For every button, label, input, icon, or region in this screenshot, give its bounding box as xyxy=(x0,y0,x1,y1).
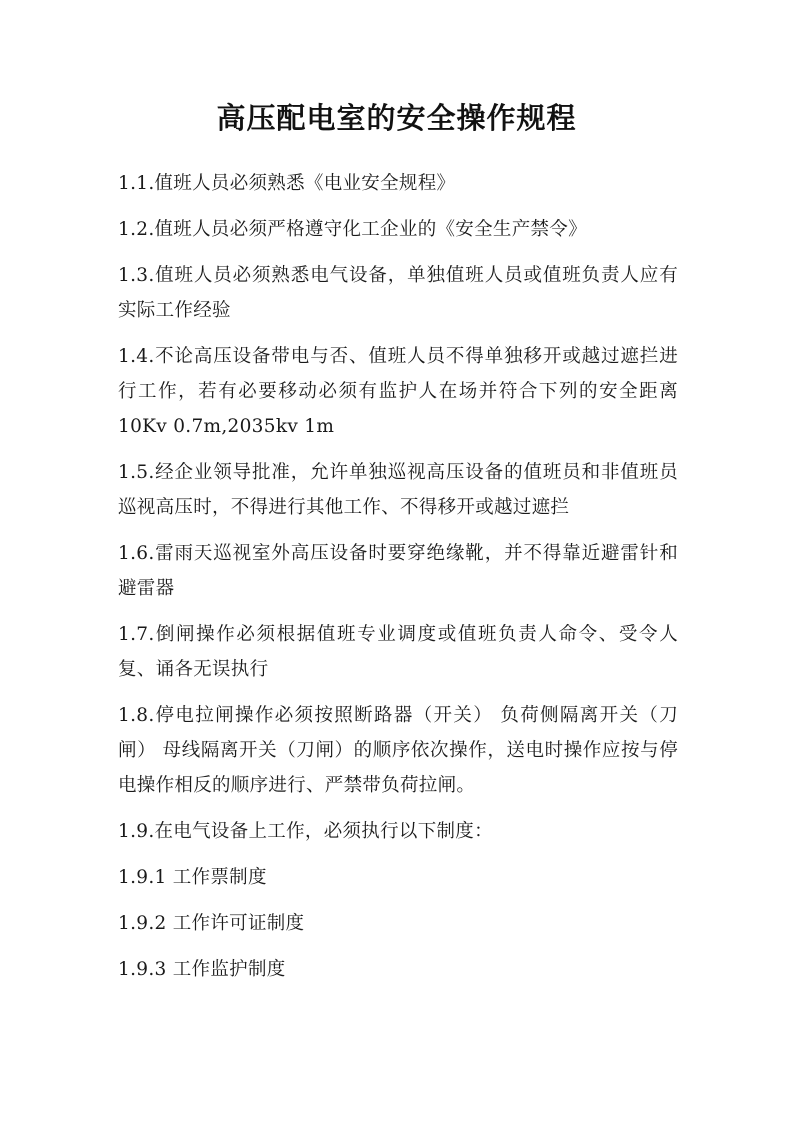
paragraph-1-9-2: 1.9.2 工作许可证制度 xyxy=(118,906,678,941)
paragraph-1-3: 1.3.值班人员必须熟悉电气设备，单独值班人员或值班负责人应有实际工作经验 xyxy=(118,258,678,328)
paragraph-1-1: 1.1.值班人员必须熟悉《电业安全规程》 xyxy=(118,166,678,201)
paragraph-1-9: 1.9.在电气设备上工作，必须执行以下制度： xyxy=(118,814,678,849)
paragraph-1-5: 1.5.经企业领导批准，允许单独巡视高压设备的值班员和非值班员巡视高压时，不得进… xyxy=(118,455,678,525)
paragraph-1-7: 1.7.倒闸操作必须根据值班专业调度或值班负责人命令、受令人复、诵各无误执行 xyxy=(118,617,678,687)
paragraph-1-6: 1.6.雷雨天巡视室外高压设备时要穿绝缘靴，并不得靠近避雷针和避雷器 xyxy=(118,536,678,606)
document-body: 1.1.值班人员必须熟悉《电业安全规程》 1.2.值班人员必须严格遵守化工企业的… xyxy=(118,166,678,998)
paragraph-1-4: 1.4.不论高压设备带电与否、值班人员不得单独移开或越过遮拦进行工作，若有必要移… xyxy=(118,339,678,444)
paragraph-1-8: 1.8.停电拉闸操作必须按照断路器（开关） 负荷侧隔离开关（刀闸） 母线隔离开关… xyxy=(118,698,678,803)
paragraph-1-9-1: 1.9.1 工作票制度 xyxy=(118,860,678,895)
paragraph-1-2: 1.2.值班人员必须严格遵守化工企业的《安全生产禁令》 xyxy=(118,212,678,247)
document-title: 高压配电室的安全操作规程 xyxy=(0,96,793,137)
paragraph-1-9-3: 1.9.3 工作监护制度 xyxy=(118,952,678,987)
